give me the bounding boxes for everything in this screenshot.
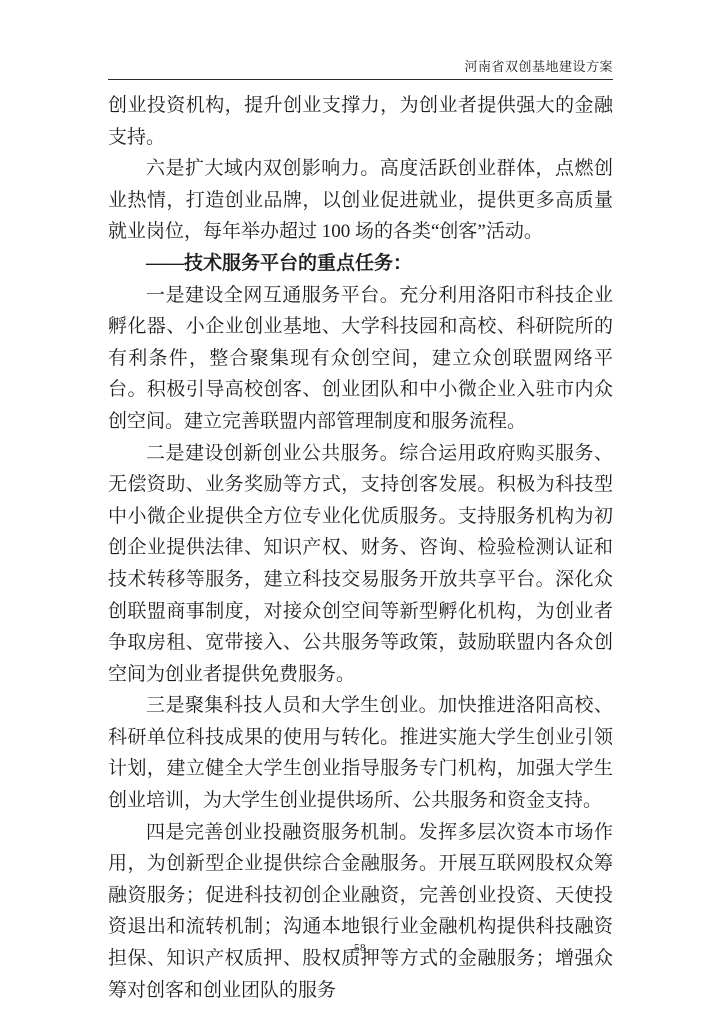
document-page: 河南省双创基地建设方案 创业投资机构，提升创业支撑力，为创业者提供强大的金融支持… xyxy=(0,0,720,1018)
paragraph: 一是建设全网互通服务平台。充分利用洛阳市科技企业孵化器、小企业创业基地、大学科技… xyxy=(108,280,613,438)
document-body: 创业投资机构，提升创业支撑力，为创业者提供强大的金融支持。 六是扩大域内双创影响… xyxy=(108,90,613,1006)
section-heading: ——技术服务平台的重点任务： xyxy=(108,248,613,280)
paragraph: 二是建设创新创业公共服务。综合运用政府购买服务、无偿资助、业务奖励等方式，支持创… xyxy=(108,438,613,691)
paragraph: 四是完善创业投融资服务机制。发挥多层次资本市场作用，为创新型企业提供综合金融服务… xyxy=(108,817,613,1007)
header-title: 河南省双创基地建设方案 xyxy=(464,59,613,74)
paragraph: 六是扩大域内双创影响力。高度活跃创业群体，点燃创业热情，打造创业品牌，以创业促进… xyxy=(108,153,613,248)
paragraph-continuation: 创业投资机构，提升创业支撑力，为创业者提供强大的金融支持。 xyxy=(108,90,613,153)
paragraph: 三是聚集科技人员和大学生创业。加快推进洛阳高校、科研单位科技成果的使用与转化。推… xyxy=(108,690,613,816)
page-footer: 58 xyxy=(0,942,720,954)
page-number: 58 xyxy=(354,942,366,954)
page-header: 河南省双创基地建设方案 xyxy=(108,58,613,76)
header-rule xyxy=(108,79,613,80)
